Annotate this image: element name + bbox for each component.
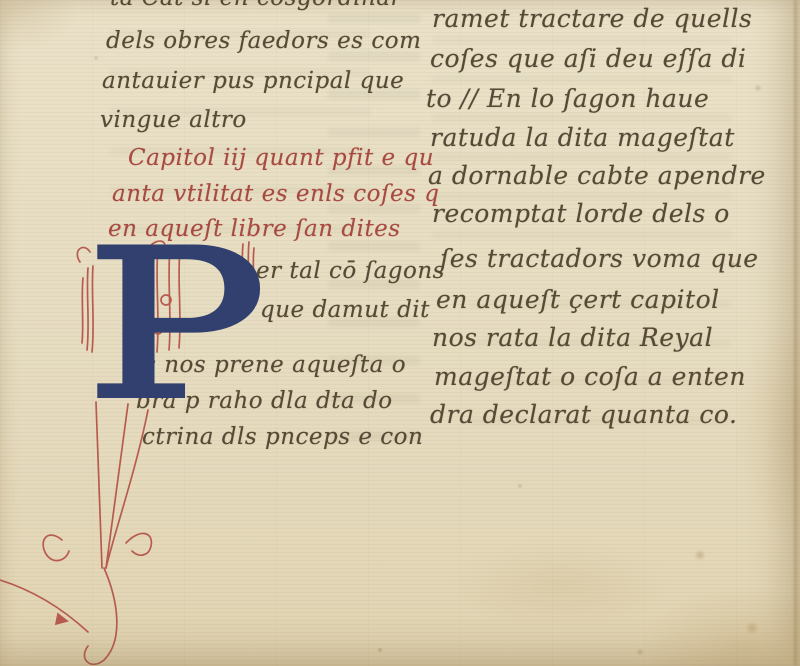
- text-line: en aqueſt çert capitol: [436, 285, 720, 314]
- page-edge-shadow: [794, 0, 797, 666]
- text-line: a dornable cabte apendre: [428, 161, 766, 190]
- rubric-line: anta vtilitat es enls coſes q: [112, 181, 439, 207]
- text-line: ratuda la dita mageſtat: [430, 123, 735, 152]
- text-line: ta Cat si en cosgordinar: [110, 0, 402, 11]
- illuminated-initial: P: [0, 238, 280, 666]
- text-line: dels obres faedors es com: [106, 28, 421, 54]
- text-line: antauier pus pncipal que: [102, 68, 404, 94]
- text-line: ramet tractare de quells: [432, 4, 752, 33]
- text-line: ſes tractadors voma que: [440, 244, 759, 273]
- text-line: to // En lo ſagon haue: [426, 84, 709, 113]
- rubric-line: Capitol iij quant pfit e qu: [128, 145, 434, 171]
- text-line: dra declarat quanta co.: [430, 400, 737, 429]
- text-line: vingue altro: [100, 107, 247, 133]
- text-line: mageſtat o coſa a enten: [434, 362, 746, 391]
- text-line: coſes que aſi deu eſſa di: [430, 44, 746, 73]
- text-line: que damut dit: [260, 297, 430, 323]
- text-line: er tal cō ſagons: [256, 258, 445, 284]
- initial-letter-p: P: [85, 238, 267, 445]
- manuscript-page: ta Cat si en cosgordinar dels obres faed…: [0, 0, 800, 666]
- show-through-mark: [110, 30, 370, 240]
- text-line: recomptat lorde dels o: [432, 199, 730, 228]
- text-line: nos rata la dita Reyal: [432, 323, 713, 352]
